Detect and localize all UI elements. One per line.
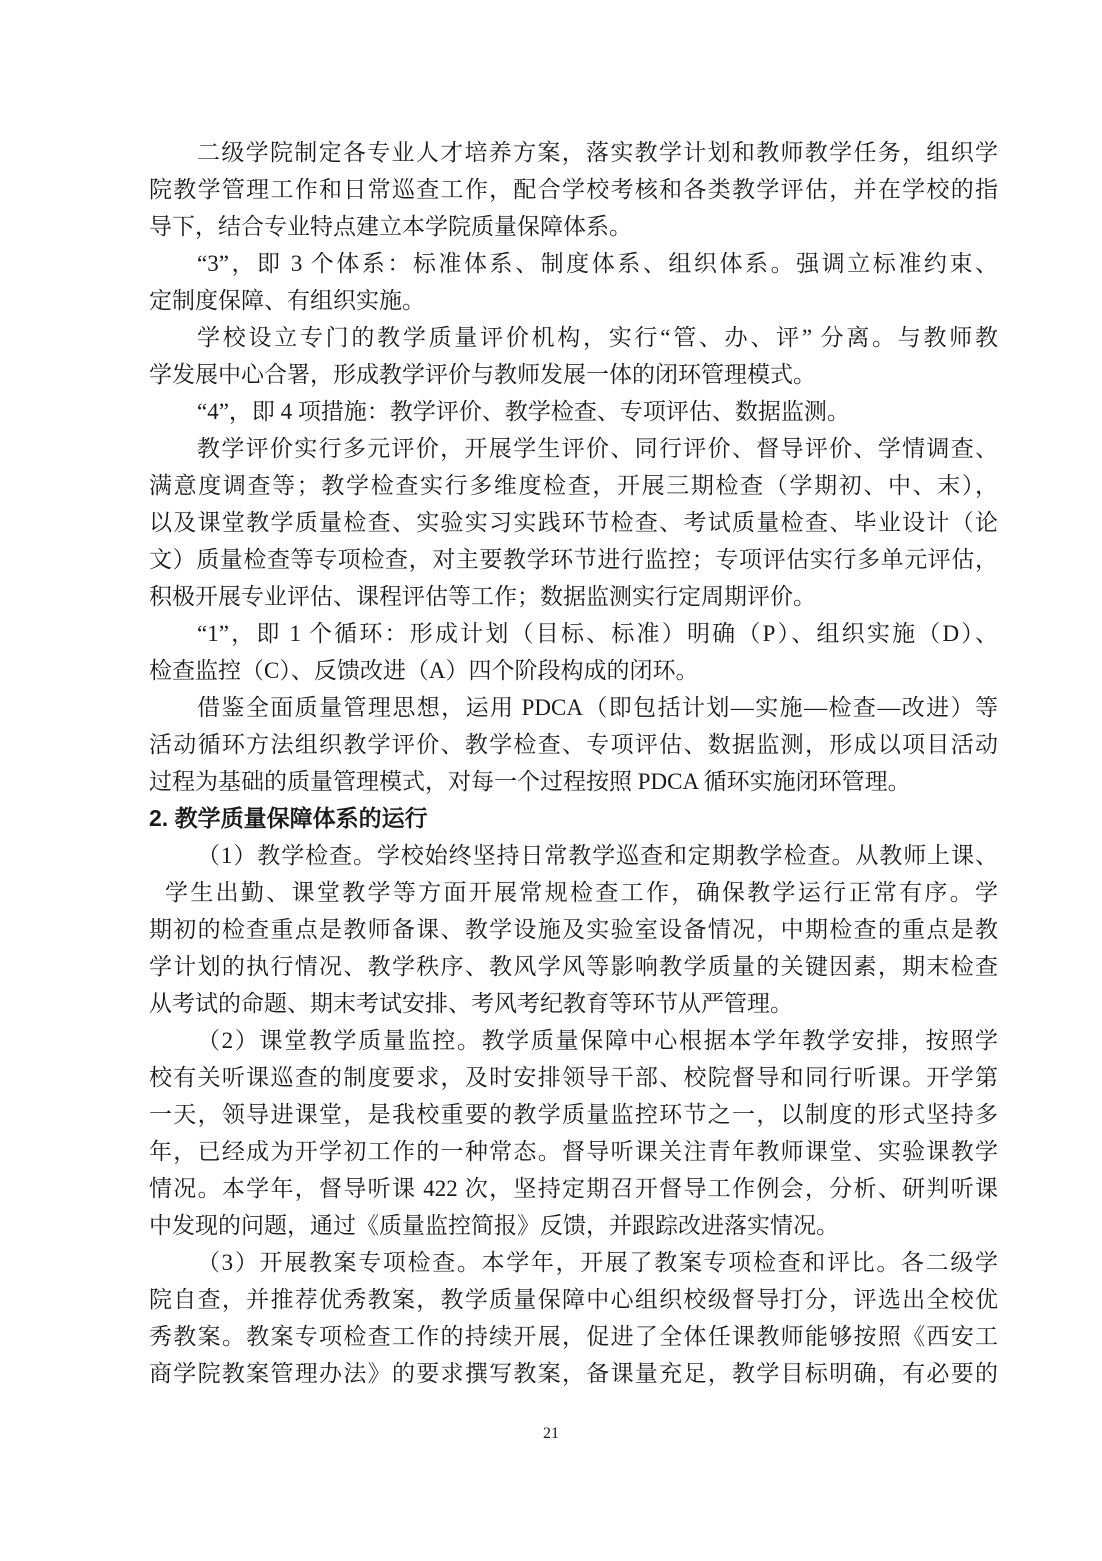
document-page: 二级学院制定各专业人才培养方案，落实教学计划和教师教学任务，组织学院教学管理工作…	[0, 0, 1102, 1561]
text-line: 文）质量检查等专项检查，对主要教学环节进行监控；专项评估实行多单元评估，	[149, 541, 998, 578]
text-line: 商学院教案管理办法》的要求撰写教案，备课量充足，教学目标明确，有必要的	[149, 1355, 998, 1392]
text-line: 秀教案。教案专项检查工作的持续开展，促进了全体任课教师能够按照《西安工	[149, 1318, 998, 1355]
text-line: 借鉴全面质量管理思想，运用 PDCA（即包括计划—实施—检查—改进）等	[149, 689, 998, 726]
text-line: 校有关听课巡查的制度要求，及时安排领导干部、校院督导和同行听课。开学第	[149, 1059, 998, 1096]
text-line: 期初的检查重点是教师备课、教学设施及实验室设备情况，中期检查的重点是教	[149, 911, 998, 948]
section-heading: 2. 教学质量保障体系的运行	[149, 800, 998, 837]
text-line: 院自查，并推荐优秀教案，教学质量保障中心组织校级督导打分，评选出全校优	[149, 1281, 998, 1318]
text-line: 学校设立专门的教学质量评价机构，实行“管、办、评” 分离。与教师教	[149, 319, 998, 356]
text-line: 中发现的问题，通过《质量监控简报》反馈，并跟踪改进落实情况。	[149, 1207, 998, 1244]
page-number: 21	[0, 1422, 1102, 1446]
text-line: 教学评价实行多元评价，开展学生评价、同行评价、督导评价、学情调查、	[149, 430, 998, 467]
text-line: “1”，即 1 个循环：形成计划（目标、标准）明确（P）、组织实施（D）、	[149, 615, 998, 652]
text-line: （2）课堂教学质量监控。教学质量保障中心根据本学年教学安排，按照学	[149, 1022, 998, 1059]
text-line: （3）开展教案专项检查。本学年，开展了教案专项检查和评比。各二级学	[149, 1244, 998, 1281]
text-line: 一天，领导进课堂，是我校重要的教学质量监控环节之一，以制度的形式坚持多	[149, 1096, 998, 1133]
text-line: 学发展中心合署，形成教学评价与教师发展一体的闭环管理模式。	[149, 356, 998, 393]
text-line: 年，已经成为开学初工作的一种常态。督导听课关注青年教师课堂、实验课教学	[149, 1133, 998, 1170]
text-line: 过程为基础的质量管理模式，对每一个过程按照 PDCA 循环实施闭环管理。	[149, 763, 998, 800]
text-line: 定制度保障、有组织实施。	[149, 282, 998, 319]
text-line: “4”，即 4 项措施：教学评价、教学检查、专项评估、数据监测。	[149, 393, 998, 430]
text-line: 活动循环方法组织教学评价、教学检查、专项评估、数据监测，形成以项目活动	[149, 726, 998, 763]
document-body: 二级学院制定各专业人才培养方案，落实教学计划和教师教学任务，组织学院教学管理工作…	[149, 134, 998, 1392]
text-line: 检查监控（C）、反馈改进（A）四个阶段构成的闭环。	[149, 652, 998, 689]
text-line: 满意度调查等；教学检查实行多维度检查，开展三期检查（学期初、中、末），	[149, 467, 998, 504]
text-line: （1）教学检查。学校始终坚持日常教学巡查和定期教学检查。从教师上课、	[149, 837, 998, 874]
text-line: 积极开展专业评估、课程评估等工作；数据监测实行定周期评价。	[149, 578, 998, 615]
text-line: 导下，结合专业特点建立本学院质量保障体系。	[149, 208, 998, 245]
text-line: 以及课堂教学质量检查、实验实习实践环节检查、考试质量检查、毕业设计（论	[149, 504, 998, 541]
text-line: 学计划的执行情况、教学秩序、教风学风等影响教学质量的关键因素，期末检查	[149, 948, 998, 985]
text-line: “3”，即 3 个体系：标准体系、制度体系、组织体系。强调立标准约束、	[149, 245, 998, 282]
text-line: 学生出勤、课堂教学等方面开展常规检查工作，确保教学运行正常有序。学	[149, 874, 998, 911]
text-line: 二级学院制定各专业人才培养方案，落实教学计划和教师教学任务，组织学	[149, 134, 998, 171]
text-line: 从考试的命题、期末考试安排、考风考纪教育等环节从严管理。	[149, 985, 998, 1022]
text-line: 情况。本学年，督导听课 422 次，坚持定期召开督导工作例会，分析、研判听课	[149, 1170, 998, 1207]
text-line: 院教学管理工作和日常巡查工作，配合学校考核和各类教学评估，并在学校的指	[149, 171, 998, 208]
